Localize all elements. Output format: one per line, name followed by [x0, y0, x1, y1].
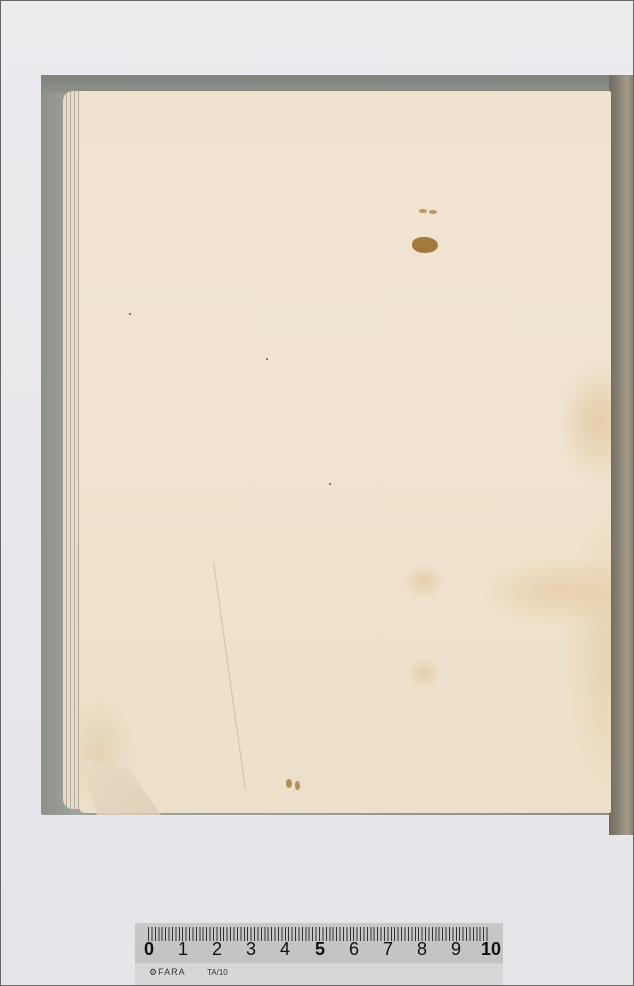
ruler-number: 5	[315, 939, 325, 960]
speck	[129, 313, 131, 315]
ruler-number: 8	[417, 939, 427, 960]
ruler-numbers: 0 1 2 3 4 5 6 7 8 9 10	[143, 939, 503, 963]
page-crease	[213, 562, 246, 790]
wormhole-stain	[419, 209, 427, 213]
wormhole-stain	[295, 781, 300, 790]
ruler-number: 2	[212, 939, 222, 960]
ruler-number: 4	[280, 939, 290, 960]
ruler-number: 9	[451, 939, 461, 960]
wormhole-stain	[429, 210, 437, 214]
ruler-number: 0	[144, 939, 154, 960]
speck	[329, 483, 331, 485]
ink-stain	[412, 237, 438, 253]
ruler-number: 1	[178, 939, 188, 960]
ruler-number: 3	[246, 939, 256, 960]
speck	[266, 358, 268, 360]
ruler-number: 7	[383, 939, 393, 960]
ruler-model-label: TA/10	[207, 968, 228, 977]
wormhole-stain	[286, 779, 292, 788]
ruler-number: 6	[349, 939, 359, 960]
ruler-number: 10	[481, 939, 501, 960]
wrapper-right-fold	[609, 75, 634, 835]
book-page	[79, 91, 611, 813]
ruler-brand-logo: ⚙FARA	[149, 967, 186, 978]
scale-ruler: 0 1 2 3 4 5 6 7 8 9 10 ⚙FARA TA/10	[135, 921, 503, 986]
photo-frame: 0 1 2 3 4 5 6 7 8 9 10 ⚙FARA TA/10	[0, 0, 634, 986]
